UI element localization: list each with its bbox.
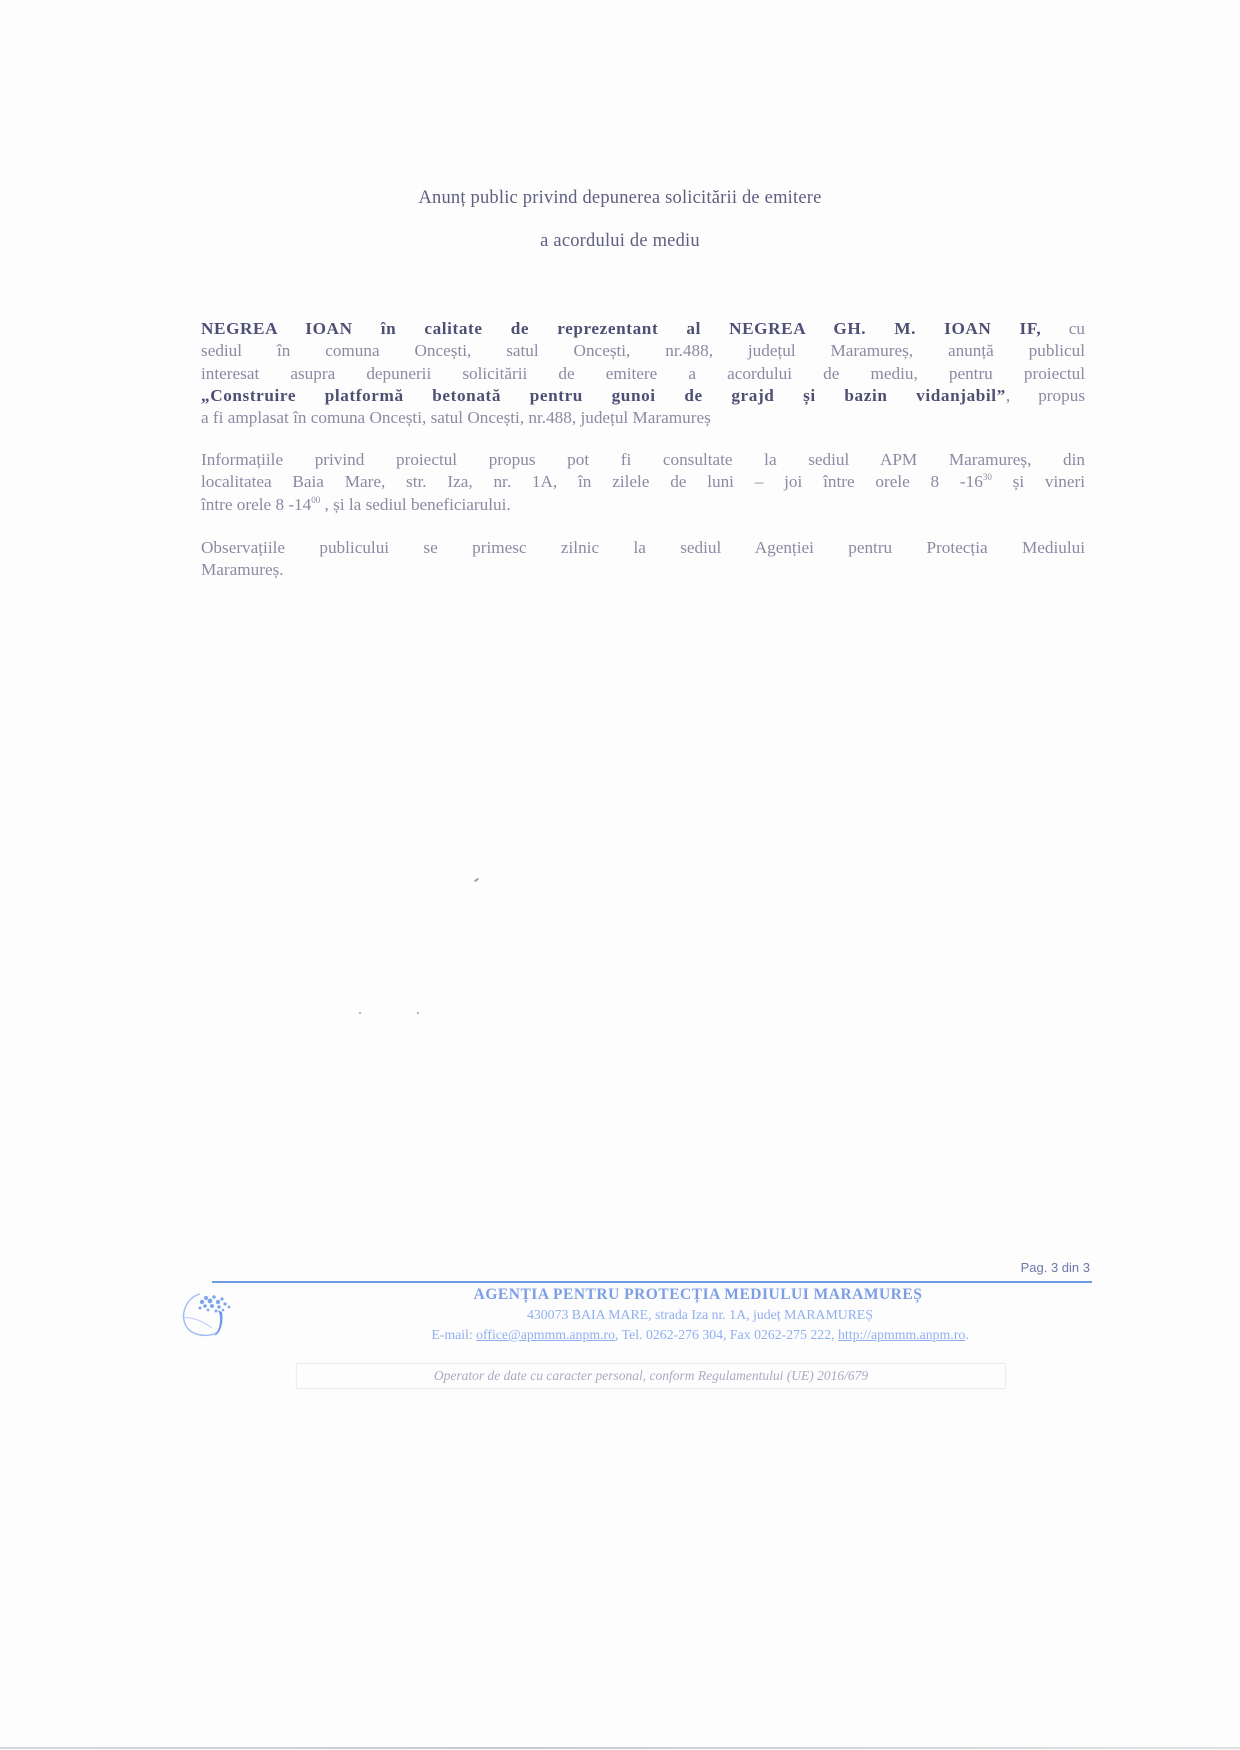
paragraph-observations: Observațiile publicului se primesc zilni… <box>201 537 1085 582</box>
footer-divider <box>212 1281 1092 1283</box>
scan-artifact <box>474 878 479 883</box>
announcement-title-line-2: a acordului de mediu <box>0 231 1240 252</box>
gdpr-notice: Operator de date cu caracter personal, c… <box>296 1363 1006 1389</box>
email-link[interactable]: office@apmmm.anpm.ro <box>476 1327 615 1342</box>
paragraph-line: „Construire platformă betonată pentru gu… <box>201 385 1085 407</box>
paragraph-line: Observațiile publicului se primesc zilni… <box>201 537 1085 559</box>
paragraph-line: interesat asupra depunerii solicitării d… <box>201 363 1085 385</box>
website-link[interactable]: http://apmmm.anpm.ro <box>838 1327 965 1342</box>
footer-contact: E-mail: office@apmmm.anpm.ro, Tel. 0262-… <box>220 1327 1180 1343</box>
document-page: Anunț public privind depunerea solicităr… <box>0 0 1240 1750</box>
paragraph-line: Informațiile privind proiectul propus po… <box>201 449 1085 471</box>
paragraph-line: între orele 8 -1400 , și la sediul benef… <box>201 494 1085 516</box>
footer-address: 430073 BAIA MARE, strada Iza nr. 1A, jud… <box>260 1307 1140 1323</box>
paragraph-line: sediul în comuna Oncești, satul Oncești,… <box>201 340 1085 362</box>
scan-artifact <box>417 1012 419 1014</box>
project-name: „Construire platformă betonată pentru gu… <box>201 386 1006 405</box>
paragraph-consultation: Informațiile privind proiectul propus po… <box>201 449 1085 516</box>
page-number: Pag. 3 din 3 <box>1010 1260 1090 1275</box>
announcement-title-line-1: Anunț public privind depunerea solicităr… <box>0 188 1240 209</box>
paragraph-applicant: NEGREA IOAN în calitate de reprezentant … <box>201 318 1085 429</box>
scan-page-edge <box>0 1747 1240 1749</box>
applicant-name: NEGREA IOAN în calitate de reprezentant … <box>201 319 1041 338</box>
paragraph-line: Maramureș. <box>201 559 1085 581</box>
footer-organization: AGENȚIA PENTRU PROTECȚIA MEDIULUI MARAMU… <box>248 1286 1148 1304</box>
paragraph-line: localitatea Baia Mare, str. Iza, nr. 1A,… <box>201 471 1085 493</box>
paragraph-line: NEGREA IOAN în calitate de reprezentant … <box>201 318 1085 340</box>
scan-artifact <box>359 1012 361 1014</box>
paragraph-line: a fi amplasat în comuna Oncești, satul O… <box>201 407 1085 429</box>
